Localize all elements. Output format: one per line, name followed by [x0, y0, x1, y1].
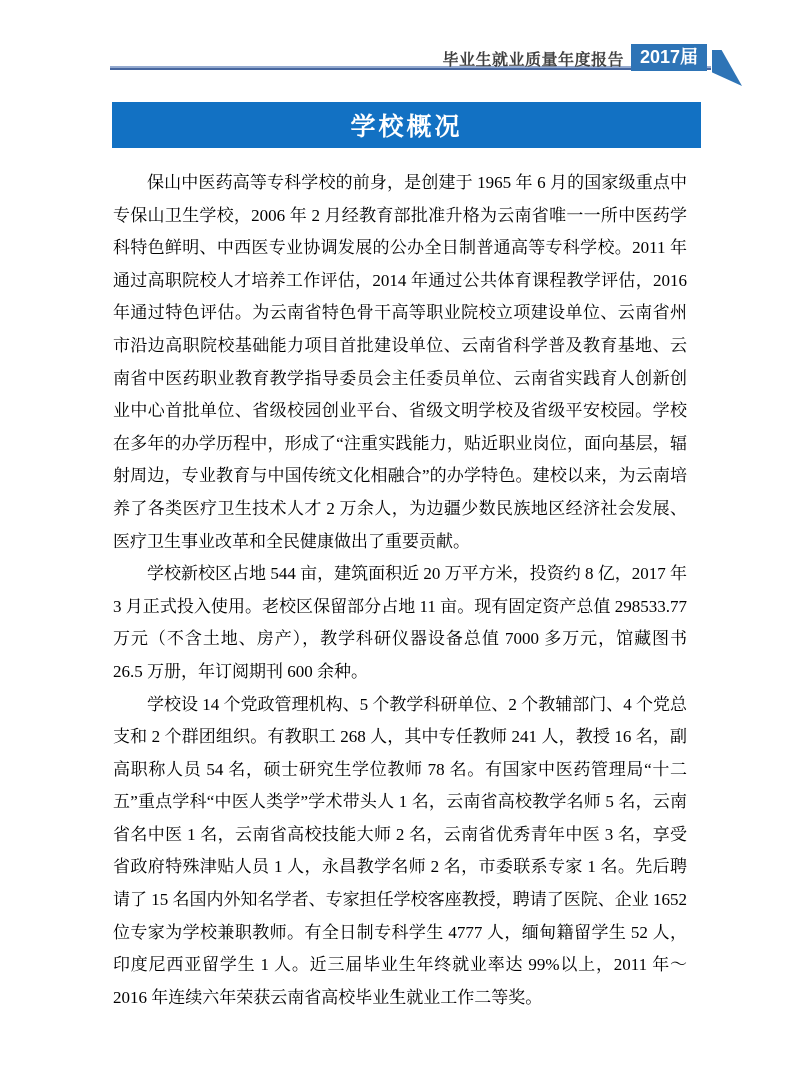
report-title: 毕业生就业质量年度报告: [442, 47, 624, 70]
report-page: 毕业生就业质量年度报告 2017届 学校概况 保山中医药高等专科学校的前身，是创…: [0, 0, 793, 1077]
paragraph: 学校新校区占地 544 亩，建筑面积近 20 万平方米，投资约 8 亿，2017…: [113, 558, 687, 688]
header-title-group: 毕业生就业质量年度报告 2017届: [442, 44, 742, 86]
body-text: 保山中医药高等专科学校的前身，是创建于 1965 年 6 月的国家级重点中专保山…: [113, 167, 687, 1014]
pennant-icon: [712, 50, 742, 86]
section-title-bar: 学校概况: [112, 102, 701, 148]
year-badge: 2017届: [631, 44, 707, 71]
paragraph: 学校设 14 个党政管理机构、5 个教学科研单位、2 个教辅部门、4 个党总支和…: [113, 689, 687, 1015]
page-number: I: [0, 986, 793, 1002]
paragraph: 保山中医药高等专科学校的前身，是创建于 1965 年 6 月的国家级重点中专保山…: [113, 167, 687, 558]
section-title: 学校概况: [350, 107, 462, 143]
